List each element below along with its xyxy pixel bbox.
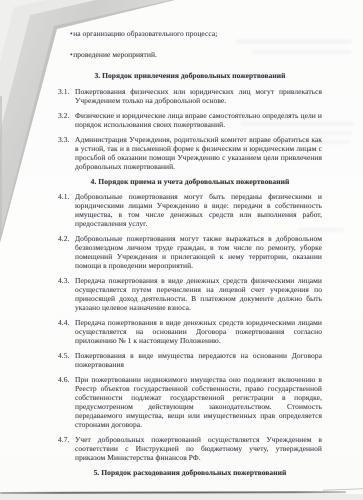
item-text: Добровольные пожертвования могут также в… <box>75 234 322 270</box>
item-number: 3.3. <box>58 135 75 171</box>
item-text: Физические и юридические лица вправе сам… <box>75 111 322 129</box>
item-text: Передача пожертвования в виде денежных с… <box>75 276 322 312</box>
item-number: 4.3. <box>58 276 75 312</box>
item-text: Передача пожертвования в виде денежных с… <box>75 318 322 345</box>
page-left-edge-artifact <box>0 96 2 236</box>
numbered-item: 3.1.Пожертвования физических или юридиче… <box>58 87 322 105</box>
item-text: Пожертвования в виде имущества передаютс… <box>75 351 322 369</box>
bullet-item: •на организацию образовательного процесс… <box>70 29 322 38</box>
numbered-item: 4.2.Добровольные пожертвования могут так… <box>58 234 322 270</box>
section-heading: 5. Порядок расходования добровольных пож… <box>58 468 322 477</box>
page-bottom-edge-right <box>323 488 363 491</box>
numbered-item: 4.1.Добровольные пожертвования могут быт… <box>58 192 322 228</box>
item-number: 3.2. <box>58 111 75 129</box>
item-number: 4.2. <box>58 234 75 270</box>
numbered-item: 4.6.При пожертвовании недвижимого имущес… <box>58 375 322 429</box>
section-heading: 4. Порядок приема и учета добровольных п… <box>58 177 322 186</box>
item-text: Учет добровольных пожертвований осуществ… <box>75 435 322 462</box>
item-text: Администрация Учреждения, родительский к… <box>75 135 322 171</box>
numbered-item: 3.2.Физические и юридические лица вправе… <box>58 111 322 129</box>
item-number: 3.1. <box>58 87 75 105</box>
numbered-item: 3.3.Администрация Учреждения, родительск… <box>58 135 322 171</box>
numbered-item: 4.3.Передача пожертвования в виде денежн… <box>58 276 322 312</box>
item-text: При пожертвовании недвижимого имущества … <box>75 375 322 429</box>
bullet-text: проведение мероприятий. <box>73 50 157 59</box>
item-number: 4.6. <box>58 375 75 429</box>
document-content: •на организацию образовательного процесс… <box>58 29 322 484</box>
bullet-text: на организацию образовательного процесса… <box>73 29 217 38</box>
item-number: 4.4. <box>58 318 75 345</box>
page-bottom-band <box>0 494 363 500</box>
item-text: Добровольные пожертвования могут быть пе… <box>75 192 322 228</box>
numbered-item: 4.5.Пожертвования в виде имущества перед… <box>58 351 322 369</box>
document-page: •на организацию образовательного процесс… <box>0 0 363 500</box>
item-text: Пожертвования физических или юридических… <box>75 87 322 105</box>
numbered-item: 4.7.Учет добровольных пожертвований осущ… <box>58 435 322 462</box>
numbered-item: 4.4.Передача пожертвования в виде денежн… <box>58 318 322 345</box>
item-number: 4.5. <box>58 351 75 369</box>
section-heading: 3. Порядок привлечения добровольных поже… <box>58 71 322 80</box>
item-number: 4.7. <box>58 435 75 462</box>
item-number: 4.1. <box>58 192 75 228</box>
bullet-item: •проведение мероприятий. <box>70 50 322 59</box>
